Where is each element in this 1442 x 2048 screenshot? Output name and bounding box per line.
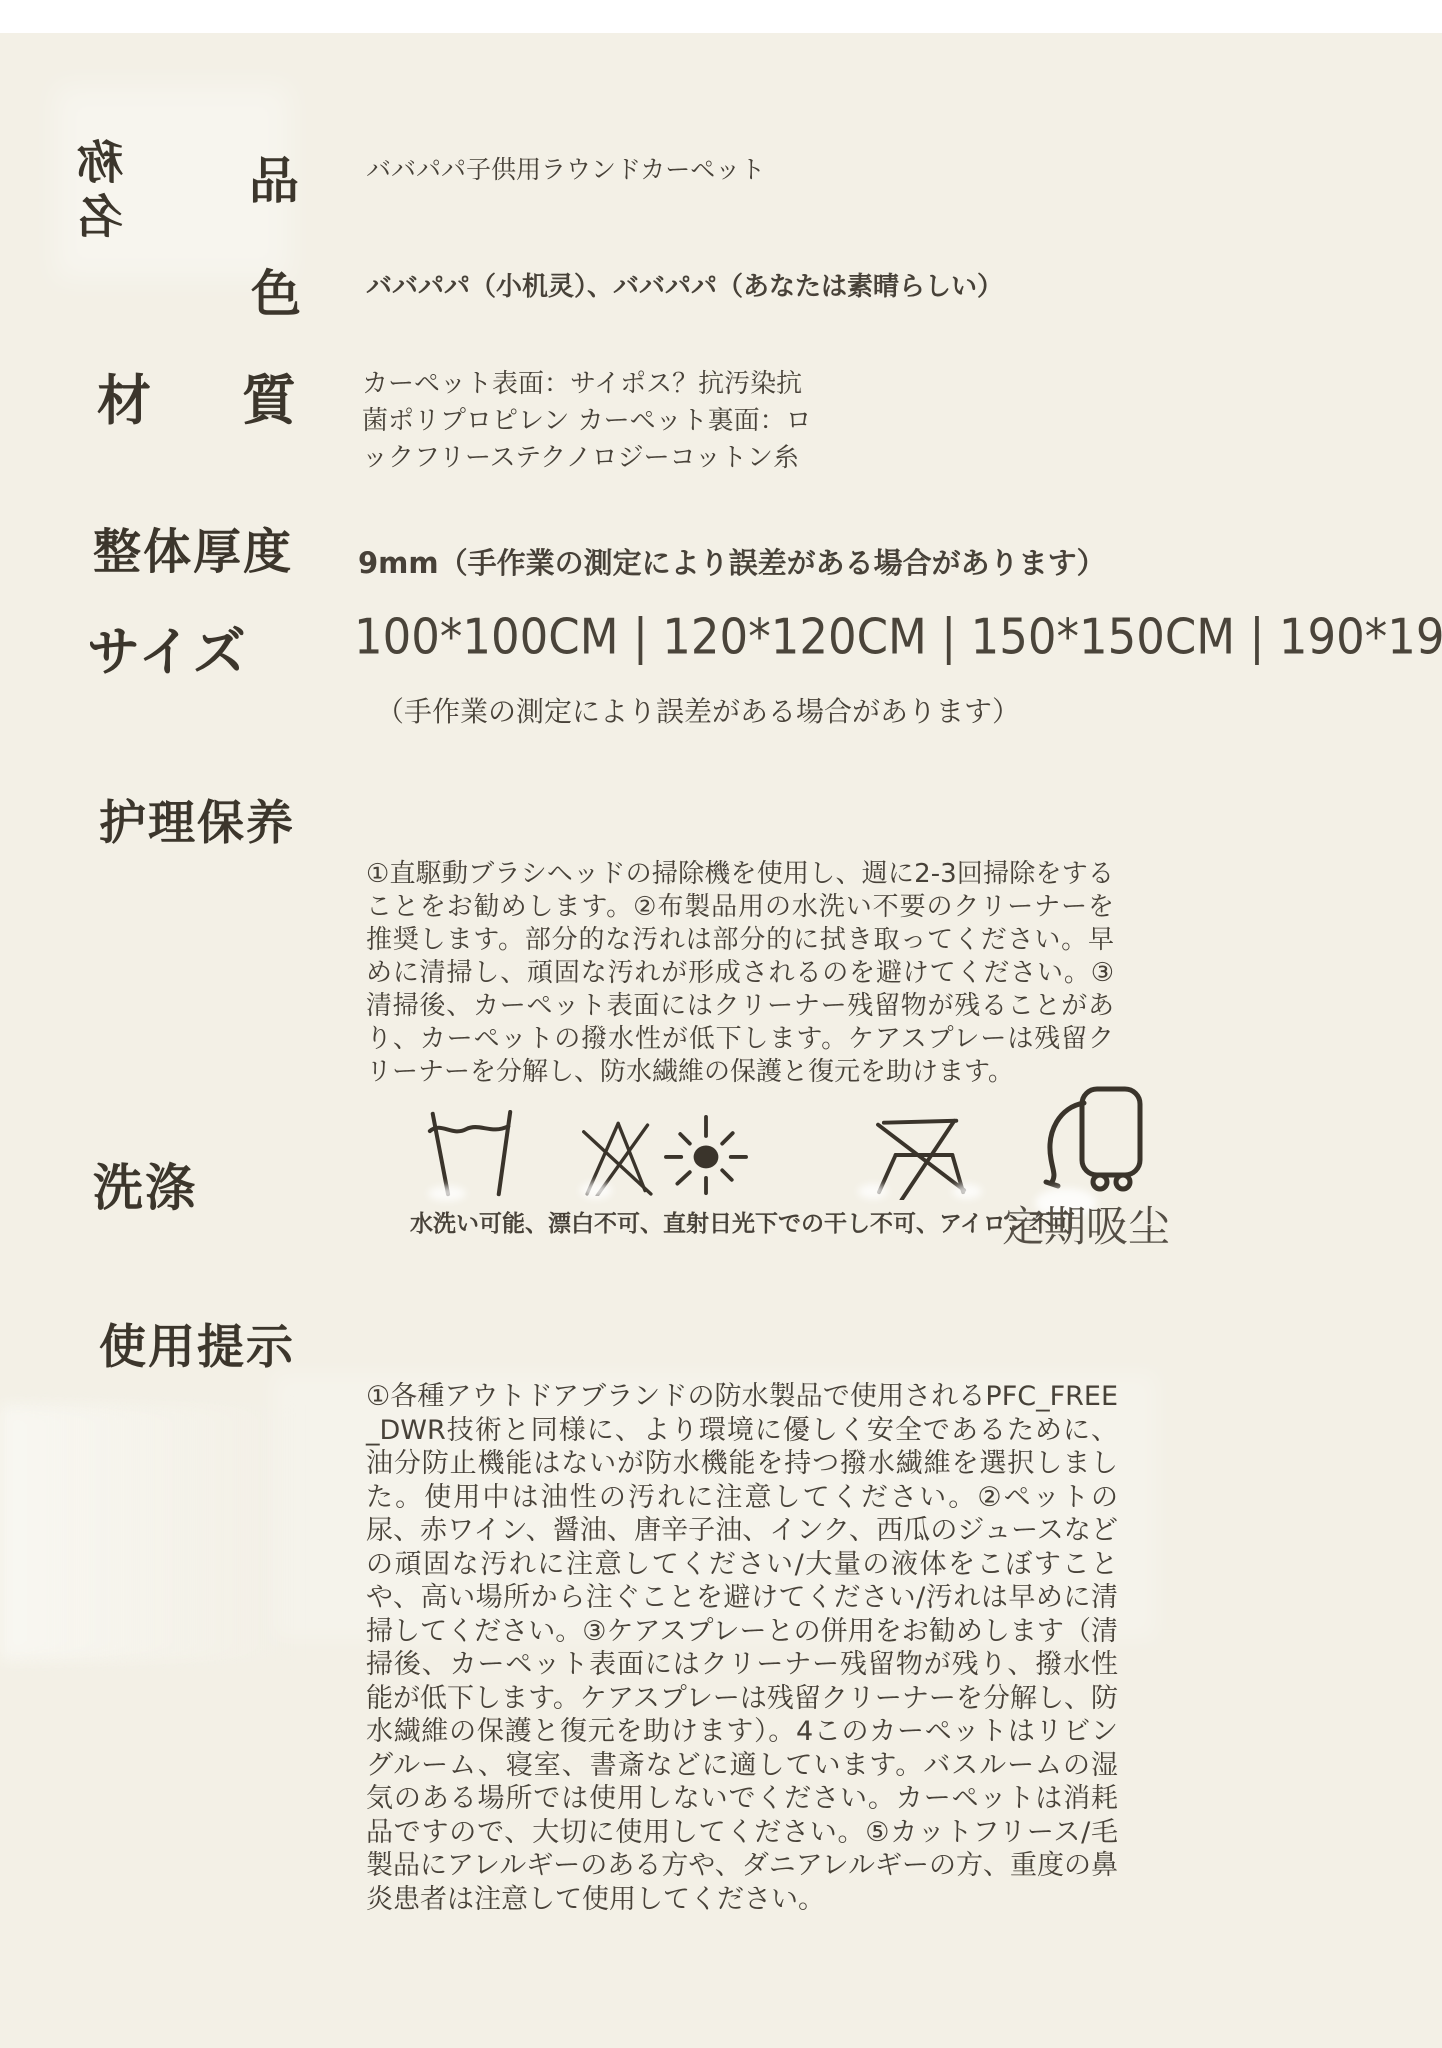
care-paragraph: ①直駆動ブラシヘッドの掃除機を使用し、週に2-3回掃除をすることをお勧めします。… bbox=[366, 858, 1114, 1089]
thickness-value: 9mm（手作業の測定により誤差がある場合があります） bbox=[358, 541, 1106, 582]
name-label-mirrored: 称名 bbox=[80, 138, 126, 246]
tips-label: 使用提示 bbox=[99, 1310, 295, 1377]
material-label-b: 質 bbox=[242, 358, 298, 435]
material-value: カーペット表面：サイポス？抗汚染抗 菌ポリプロピレン カーペット裏面：ロ ックフ… bbox=[362, 366, 862, 477]
size-label: サイズ bbox=[87, 610, 248, 686]
material-label-a: 材 bbox=[97, 358, 153, 435]
color-label: 色 bbox=[251, 254, 303, 326]
wash-tub-icon bbox=[423, 1110, 519, 1198]
size-note: （手作業の測定により誤差がある場合があります） bbox=[376, 690, 1020, 730]
washing-caption: 水洗い可能、漂白不可、直射日光下での干し不可、アイロン不可 bbox=[410, 1205, 1075, 1238]
smudge-artifact bbox=[580, 1182, 612, 1199]
tips-paragraph: ①各種アウトドアブランドの防水製品で使用されるPFC_FREE_DWR技術と同様… bbox=[366, 1380, 1118, 1916]
smudge-artifact bbox=[858, 1184, 888, 1199]
color-value: ババパパ（小机灵）、ババパパ（あなたは素晴らしい） bbox=[366, 266, 1003, 303]
washing-label: 洗涤 bbox=[93, 1148, 197, 1220]
product-name-value: ババパパ子供用ラウンドカーペット bbox=[366, 150, 765, 186]
sun-icon bbox=[658, 1115, 754, 1197]
vacuum-note: 定期吸尘 bbox=[1002, 1194, 1170, 1254]
product-name-label: 品 bbox=[249, 141, 301, 213]
smudge-artifact bbox=[952, 1184, 982, 1199]
thickness-label: 整体厚度 bbox=[93, 513, 293, 582]
smudge-artifact bbox=[428, 1186, 466, 1201]
care-label: 护理保养 bbox=[99, 786, 295, 853]
vacuum-icon bbox=[1028, 1083, 1150, 1199]
size-value: 100*100CM | 120*120CM | 150*150CM | 190*… bbox=[354, 608, 1442, 665]
product-spec-sheet: 称名 品 ババパパ子供用ラウンドカーペット 色 ババパパ（小机灵）、ババパパ（あ… bbox=[0, 0, 1442, 2048]
